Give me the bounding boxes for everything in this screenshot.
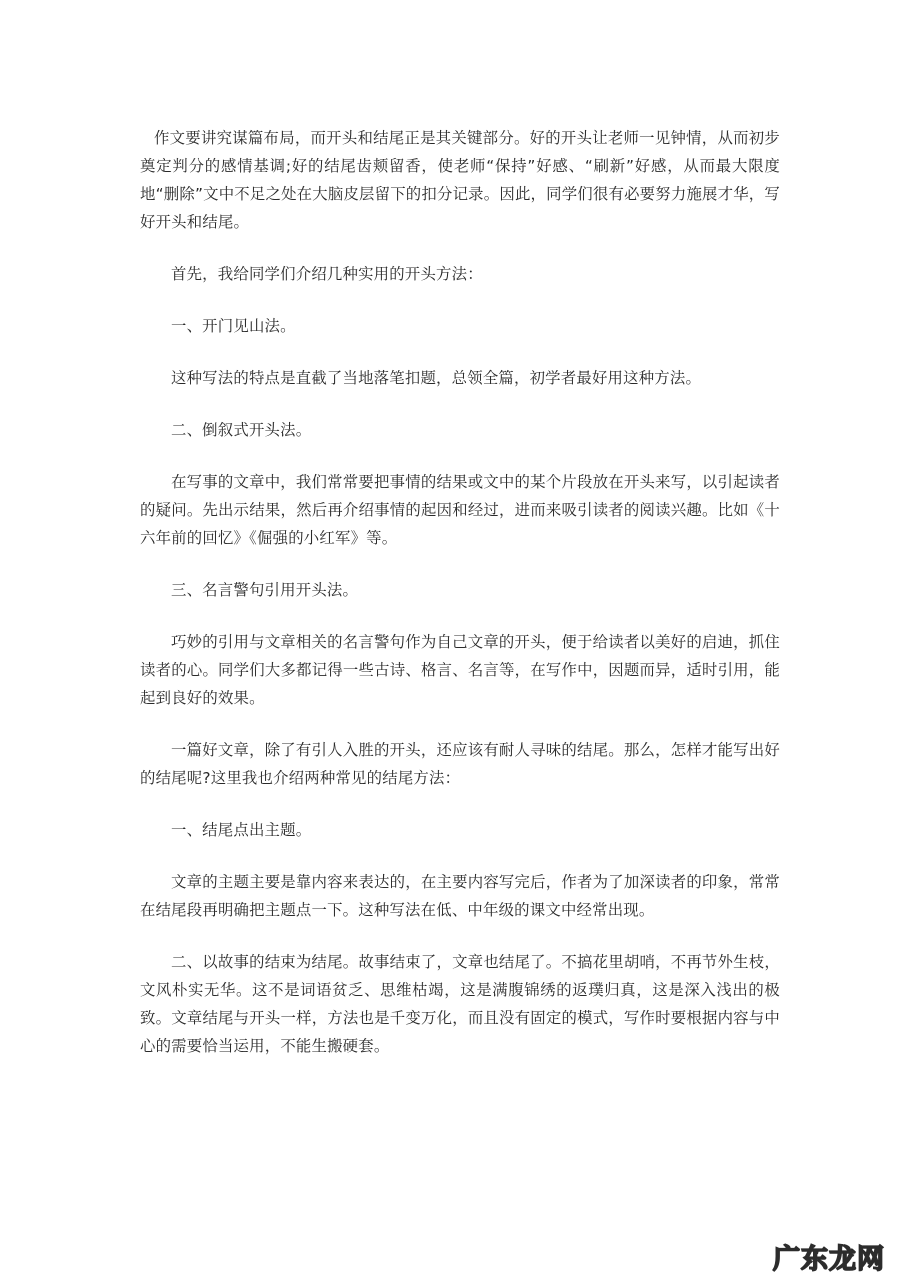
paragraph-spacer — [140, 444, 780, 468]
opening-method-2-body: 在写事的文章中，我们常常要把事情的结果或文中的某个片段放在开头来写，以引起读者的… — [140, 468, 780, 552]
ending-methods-lead: 一篇好文章，除了有引人入胜的开头，还应该有耐人寻味的结尾。那么，怎样才能写出好的… — [140, 736, 780, 792]
ending-method-2-body: 二、以故事的结束为结尾。故事结束了，文章也结尾了。不搞花里胡哨，不再节外生枝，文… — [140, 948, 780, 1060]
paragraph-spacer — [140, 604, 780, 628]
paragraph-spacer — [140, 924, 780, 948]
heading-opening-method-1: 一、开门见山法。 — [140, 312, 780, 340]
heading-opening-method-3: 三、名言警句引用开头法。 — [140, 576, 780, 604]
paragraph-spacer — [140, 288, 780, 312]
document-body: 作文要讲究谋篇布局，而开头和结尾正是其关键部分。好的开头让老师一见钟情，从而初步… — [140, 124, 780, 1060]
opening-method-3-body: 巧妙的引用与文章相关的名言警句作为自己文章的开头，便于给读者以美好的启迪，抓住读… — [140, 628, 780, 712]
paragraph-spacer — [140, 236, 780, 260]
heading-ending-method-1: 一、结尾点出主题。 — [140, 816, 780, 844]
paragraph-spacer — [140, 844, 780, 868]
watermark-logo: 广东龙网 — [773, 1237, 885, 1276]
paragraph-spacer — [140, 340, 780, 364]
paragraph-spacer — [140, 392, 780, 416]
heading-opening-method-2: 二、倒叙式开头法。 — [140, 416, 780, 444]
opening-methods-lead: 首先，我给同学们介绍几种实用的开头方法： — [140, 260, 780, 288]
paragraph-spacer — [140, 712, 780, 736]
intro-paragraph: 作文要讲究谋篇布局，而开头和结尾正是其关键部分。好的开头让老师一见钟情，从而初步… — [140, 124, 780, 236]
paragraph-spacer — [140, 792, 780, 816]
ending-method-1-body: 文章的主题主要是靠内容来表达的，在主要内容写完后，作者为了加深读者的印象，常常在… — [140, 868, 780, 924]
opening-method-1-body: 这种写法的特点是直截了当地落笔扣题，总领全篇，初学者最好用这种方法。 — [140, 364, 780, 392]
paragraph-spacer — [140, 552, 780, 576]
